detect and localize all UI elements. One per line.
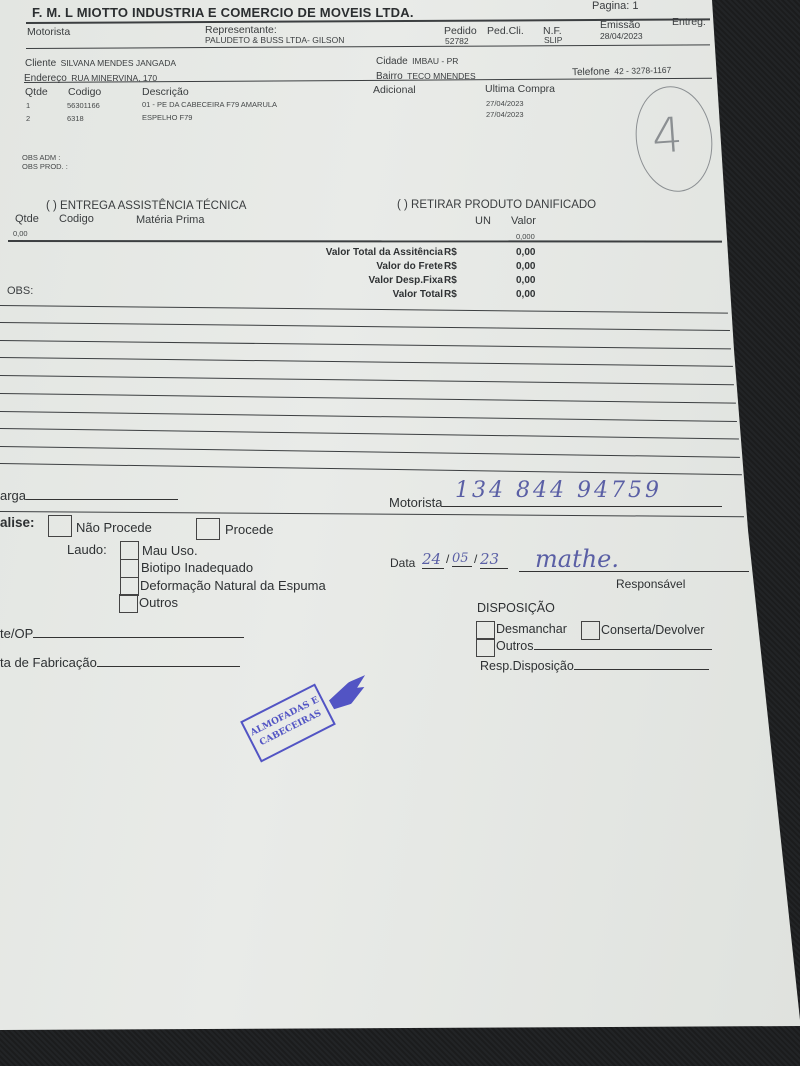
- obs-adm-label: OBS ADM :: [22, 153, 60, 162]
- laudo-outros-checkbox[interactable]: [119, 594, 138, 613]
- total-currency: R$: [444, 289, 457, 300]
- data-field[interactable]: 24 / 05 / 23: [418, 552, 510, 572]
- pedido-value: 52782: [445, 36, 469, 46]
- responsavel-label: Responsável: [616, 577, 685, 591]
- total-label: Valor Total da Assitência: [326, 247, 443, 258]
- header-divider-2: [26, 44, 710, 49]
- resp-disposicao-label: Resp.Disposição: [480, 659, 574, 673]
- disposicao-outros-field[interactable]: Outros: [496, 639, 712, 653]
- obs-line[interactable]: [0, 446, 740, 458]
- row-descricao: ESPELHO F79: [142, 113, 192, 122]
- row-qtde: 1: [26, 101, 30, 110]
- assist-col-un: UN: [475, 215, 491, 227]
- procede-label: Procede: [225, 522, 273, 537]
- analise-label: alise:: [0, 515, 35, 530]
- total-currency: R$: [444, 275, 457, 286]
- data-fabricacao-field[interactable]: ta de Fabricação: [0, 655, 240, 670]
- row-ultima-compra: 27/04/2023: [486, 99, 524, 108]
- obs-line[interactable]: [0, 322, 729, 331]
- ped-cli-label: Ped.Cli.: [487, 25, 524, 37]
- row-descricao: 01 - PE DA CABECEIRA F79 AMARULA: [142, 100, 277, 109]
- total-value: 0,00: [516, 275, 535, 286]
- laudo-option: Outros: [139, 595, 178, 610]
- col-descricao: Descrição: [142, 86, 189, 98]
- telefone-value: 42 - 3278-1167: [614, 65, 671, 76]
- obs-line[interactable]: [0, 375, 734, 385]
- data-year: 23: [480, 550, 508, 569]
- row-ultima-compra: 27/04/2023: [486, 110, 524, 119]
- laudo-option: Biotipo Inadequado: [141, 560, 253, 575]
- representante-value: PALUDETO & BUSS LTDA- GILSON: [205, 35, 344, 45]
- col-codigo: Codigo: [68, 86, 101, 98]
- carga-label: arga: [0, 488, 26, 503]
- motorista-header-label: Motorista: [27, 26, 70, 38]
- col-adicional: Adicional: [373, 84, 416, 96]
- conserta-checkbox[interactable]: [581, 621, 600, 640]
- motorista-handwritten-value: 134 844 94759: [455, 478, 662, 503]
- carga-field[interactable]: arga: [0, 488, 178, 503]
- laudo-mau-uso-checkbox[interactable]: [120, 541, 139, 560]
- row-codigo: 6318: [67, 114, 84, 123]
- laudo-biotipo-checkbox[interactable]: [120, 559, 139, 578]
- nao-procede-checkbox[interactable]: [48, 515, 72, 537]
- obs-line[interactable]: [0, 463, 741, 475]
- total-label: Valor Total: [393, 289, 443, 300]
- row-qtde: 2: [26, 114, 30, 123]
- procede-checkbox[interactable]: [196, 518, 220, 540]
- total-value: 0,00: [516, 261, 535, 272]
- form-divider: [0, 511, 744, 517]
- document-paper: F. M. L MIOTTO INDUSTRIA E COMERCIO DE M…: [0, 0, 800, 1066]
- stamp-pointing-hand-icon: [326, 673, 374, 712]
- handwritten-number: 4: [650, 107, 684, 165]
- data-month: 05: [452, 551, 472, 567]
- responsavel-signature: mathe.: [535, 545, 619, 573]
- assist-divider: [8, 240, 722, 242]
- lote-op-field[interactable]: te/OP: [0, 626, 244, 641]
- assist-col-codigo: Codigo: [59, 213, 94, 225]
- total-value: 0,00: [516, 247, 535, 258]
- obs-line[interactable]: [0, 393, 735, 404]
- assist-col-qtde: Qtde: [15, 213, 39, 225]
- emissao-value: 28/04/2023: [600, 31, 643, 41]
- motorista-label: Motorista: [389, 495, 442, 510]
- nao-procede-label: Não Procede: [76, 520, 152, 535]
- disposicao-outros-checkbox[interactable]: [476, 638, 495, 657]
- laudo-option: Mau Uso.: [142, 543, 198, 558]
- assist-qtde-value: 0,00: [13, 229, 28, 238]
- obs-line[interactable]: [0, 428, 738, 439]
- emissao-label: Emissão: [600, 19, 640, 31]
- desmanchar-label: Desmanchar: [496, 622, 567, 636]
- nf-value: SLIP: [544, 35, 562, 45]
- col-ultima-compra: Ultima Compra: [485, 83, 555, 95]
- obs-prod-label: OBS PROD. :: [22, 162, 68, 171]
- obs-line[interactable]: [0, 340, 731, 349]
- assist-col-materia-prima: Matéria Prima: [136, 214, 204, 226]
- lote-op-label: te/OP: [0, 626, 33, 641]
- company-stamp: ALMOFADAS E CABECEIRAS: [240, 683, 336, 762]
- obs-line[interactable]: [0, 357, 732, 367]
- page-number: Pagina: 1: [592, 0, 638, 12]
- row-codigo: 56301166: [67, 101, 100, 110]
- obs-line[interactable]: [0, 411, 737, 422]
- bairro-field: Bairro TECO MNENDES: [376, 66, 476, 84]
- entrega-assistencia-option[interactable]: ( ) ENTREGA ASSISTÊNCIA TÉCNICA: [46, 200, 246, 212]
- total-currency: R$: [444, 261, 457, 272]
- conserta-label: Conserta/Devolver: [601, 623, 705, 637]
- obs-line[interactable]: [0, 305, 728, 314]
- endereco-field: Endereço RUA MINERVINA, 170: [24, 68, 157, 86]
- col-qtde: Qtde: [25, 86, 48, 98]
- data-day: 24: [422, 550, 444, 569]
- obs-label: OBS:: [7, 285, 33, 297]
- company-name: F. M. L MIOTTO INDUSTRIA E COMERCIO DE M…: [32, 5, 414, 20]
- disposicao-outros-label: Outros: [496, 639, 534, 653]
- cliente-value: SILVANA MENDES JANGADA: [61, 58, 176, 68]
- assist-col-valor: Valor: [511, 215, 536, 227]
- data-fabricacao-label: ta de Fabricação: [0, 655, 97, 670]
- entrega-label: Entreg:: [672, 16, 706, 28]
- total-currency: R$: [444, 247, 457, 258]
- disposicao-title: DISPOSIÇÃO: [477, 601, 555, 615]
- total-value: 0,00: [516, 289, 535, 300]
- resp-disposicao-field[interactable]: Resp.Disposição: [480, 659, 709, 673]
- total-label: Valor Desp.Fixa: [369, 275, 443, 286]
- data-label: Data: [390, 556, 415, 570]
- telefone-label: Telefone: [572, 66, 610, 78]
- retirar-produto-option[interactable]: ( ) RETIRAR PRODUTO DANIFICADO: [397, 199, 596, 211]
- total-label: Valor do Frete: [376, 261, 443, 272]
- cidade-value: IMBAU - PR: [412, 56, 458, 66]
- laudo-label: Laudo:: [67, 542, 107, 557]
- laudo-option: Deformação Natural da Espuma: [140, 578, 326, 593]
